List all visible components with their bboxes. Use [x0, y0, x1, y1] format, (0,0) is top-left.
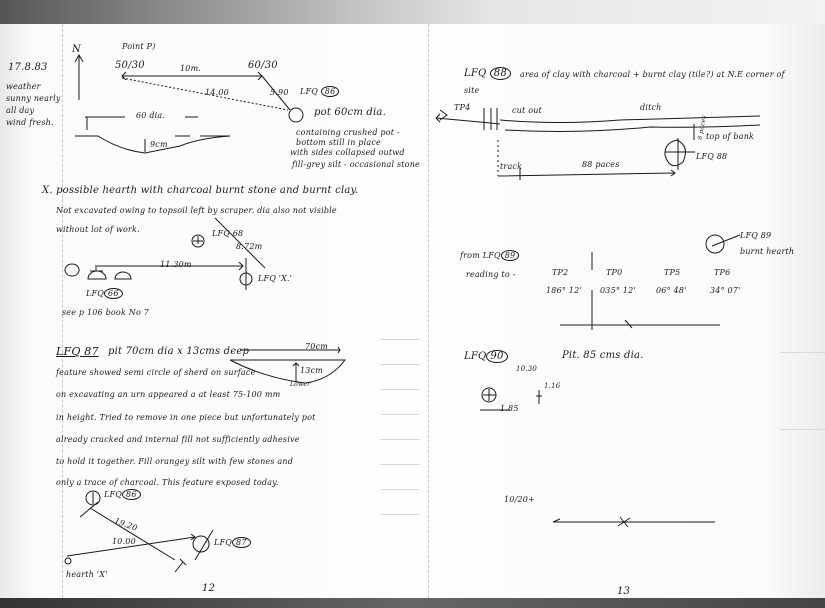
- hearth-distance: 11.30m: [160, 260, 192, 269]
- distance-top: 10m.: [180, 64, 201, 73]
- date: 17.8.83: [8, 62, 48, 73]
- plan-2-lfq-87-label: LFQ: [214, 538, 232, 547]
- hearth-note-line-1: X. possible hearth with charcoal burnt s…: [42, 185, 358, 196]
- bank-label: top of bank: [706, 132, 754, 141]
- lfq-88-plan-label: LFQ 88: [696, 152, 727, 161]
- reading-point-2: TP0: [606, 268, 622, 277]
- plan-2-lfq-87: LFQ87: [214, 537, 251, 548]
- ditch-label: ditch: [640, 103, 662, 112]
- weather-line-2: sunny nearly: [6, 94, 61, 103]
- lfq-90-measure-b: 1.16: [544, 382, 560, 390]
- contents-line-3: with sides collapsed outwd: [290, 148, 405, 157]
- track-label: track: [500, 162, 522, 171]
- lfq-90-label: LFQ: [464, 351, 486, 362]
- north-label: N: [72, 44, 81, 55]
- lfq-66-feature: LFQ66: [86, 288, 123, 299]
- lfq-90-measure-a: 10.30: [516, 365, 537, 373]
- lfq-87-line-5: to hold it together. Fill orangey silt w…: [56, 457, 293, 466]
- reading-point-1: TP2: [552, 268, 568, 277]
- lfq-90-number: 90: [486, 350, 507, 363]
- distance-side: 5.90: [270, 88, 289, 97]
- contents-line-2: bottom still in place: [296, 138, 381, 147]
- lfq-89-note: burnt hearth: [740, 247, 794, 256]
- feature-lfq-86: LFQ 86: [300, 86, 339, 97]
- feature-label: LFQ: [300, 87, 318, 96]
- lfq-66-number: 66: [104, 288, 123, 299]
- paces-label: 88 paces: [582, 160, 620, 169]
- plan-2-hearth-label: hearth 'X': [66, 570, 107, 579]
- cutout-label: cut out: [512, 106, 542, 115]
- lfq-66-label: LFQ: [86, 289, 104, 298]
- field-sketches: [0, 0, 825, 608]
- lfq-87-section-width: 70cm: [305, 342, 328, 351]
- lfq-90-heading: LFQ90: [464, 350, 508, 363]
- point-label: Point P): [122, 42, 155, 51]
- plan-2-distance-b: 10.00: [112, 537, 136, 546]
- lfq-88-description-1: area of clay with charcoal + burnt clay …: [520, 70, 785, 79]
- lfq-90-note: Pit. 85 cms dia.: [562, 350, 644, 361]
- hearth-note-line-2: Not excavated owing to topsoil left by s…: [56, 206, 337, 215]
- lfq-87-line-4: already cracked and internal fill not su…: [56, 435, 300, 444]
- lfq-87-line-2: on excavating an urn appeared a at least…: [56, 390, 280, 399]
- plan-2-lfq-87-number: 87: [232, 537, 251, 548]
- section-width: 60 dia.: [136, 111, 165, 120]
- lfq-x-label: LFQ 'X.': [258, 274, 292, 283]
- left-page-number: 12: [202, 583, 215, 594]
- feature-number: 86: [321, 86, 340, 97]
- lfq-88-label: LFQ: [464, 68, 486, 79]
- plan-2-lfq-86: LFQ86: [104, 489, 141, 500]
- reading-bearing-3: 06° 48': [656, 286, 687, 295]
- hearth-note-line-3: without lot of work.: [56, 225, 140, 234]
- grid-left-label: 50/30: [115, 60, 145, 71]
- bottom-note: 10/20+: [504, 495, 535, 504]
- distance-diagonal: 14.00: [205, 88, 229, 97]
- lfq-87-heading: LFQ 87: [56, 345, 99, 358]
- reading-point-3: TP5: [664, 268, 680, 277]
- weather-line-1: weather: [6, 82, 41, 91]
- tp4-label: TP4: [454, 103, 470, 112]
- lfq-87-section-note: Lower: [290, 381, 310, 388]
- reading-label: reading to -: [466, 270, 516, 279]
- contents-line-4: fill-grey silt - occasional stone: [292, 160, 420, 169]
- lfq-89-label: LFQ 89: [740, 231, 771, 240]
- lfq-90-measure-c: 1.85: [500, 404, 519, 413]
- reading-bearing-2: 035° 12': [600, 286, 636, 295]
- right-page-number: 13: [617, 586, 630, 597]
- section-depth: 9cm: [150, 140, 168, 149]
- reading-point-4: TP6: [714, 268, 730, 277]
- lfq-87-line-6: only a trace of charcoal. This feature e…: [56, 478, 279, 487]
- lfq-89-from-label: from LFQ: [460, 251, 501, 260]
- lfq-87-line-1: feature showed semi circle of sherd on s…: [56, 368, 256, 377]
- plan-2-lfq-86-number: 86: [122, 489, 141, 500]
- weather-line-4: wind fresh.: [6, 118, 54, 127]
- grid-right-label: 60/30: [248, 60, 278, 71]
- lfq-87-intro: pit 70cm dia x 13cms deep: [108, 346, 249, 357]
- lfq-88-number: 88: [490, 67, 511, 80]
- plan-2-lfq-86-label: LFQ: [104, 490, 122, 499]
- reading-bearing-1: 186° 12': [546, 286, 582, 295]
- lfq-89-from: from LFQ89: [460, 250, 519, 261]
- lfq-87-section-depth: 13cm: [300, 366, 323, 375]
- lfq-87-line-3: in height. Tried to remove in one piece …: [56, 413, 316, 422]
- lfq-68-label: LFQ 68: [212, 229, 243, 238]
- weather-line-3: all day: [6, 106, 34, 115]
- lfq-88-description-2: site: [464, 86, 479, 95]
- lfq-68-distance: 8.72m: [236, 242, 262, 251]
- lfq-89-from-number: 89: [501, 250, 520, 261]
- reading-bearing-4: 34° 07': [710, 286, 741, 295]
- contents-line-1: containing crushed pot -: [296, 128, 400, 137]
- pot-note: pot 60cm dia.: [314, 107, 386, 118]
- lfq-88-heading: LFQ 88: [464, 67, 511, 80]
- cross-reference: see p 106 book No 7: [62, 308, 149, 317]
- notebook-bottom-edge: [0, 598, 825, 608]
